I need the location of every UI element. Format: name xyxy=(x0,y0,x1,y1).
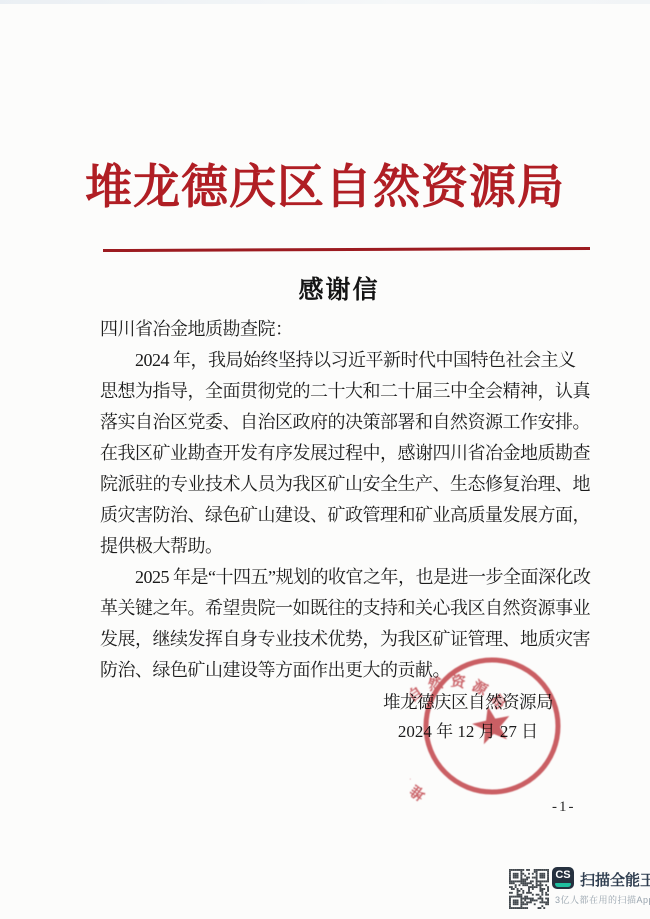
signature-date: 2024 年 12 月 27 日 xyxy=(383,717,553,747)
body-line: 革关键之年。希望贵院一如既往的支持和关心我区自然资源事业 xyxy=(100,593,578,624)
body-line: 2024 年，我局始终坚持以习近平新时代中国特色社会主义 xyxy=(100,345,578,376)
watermark-app-name: 扫描全能王 xyxy=(580,869,650,890)
camscanner-logo-text: CS xyxy=(552,869,574,881)
body-line: 四川省冶金地质勘查院： xyxy=(100,314,578,345)
qr-code-icon xyxy=(509,869,549,909)
body-line: 防治、绿色矿山建设等方面作出更大的贡献。 xyxy=(100,655,578,686)
body-line: 2025 年是“十四五”规划的收官之年，也是进一步全面深化改 xyxy=(100,562,578,593)
scanned-letter-page: 堆龙德庆区自然资源局 感谢信 四川省冶金地质勘查院： 2024 年，我局始终坚持… xyxy=(0,0,650,919)
body-line: 质灾害防治、绿色矿山建设、矿政管理和矿业高质量发展方面， xyxy=(100,500,578,531)
page-number: -1- xyxy=(552,799,576,816)
document-title: 感谢信 xyxy=(0,270,650,306)
letter-body: 四川省冶金地质勘查院： 2024 年，我局始终坚持以习近平新时代中国特色社会主义… xyxy=(100,314,578,686)
camscanner-logo-icon: CS xyxy=(552,867,574,889)
body-line: 院派驻的专业技术人员为我区矿山安全生产、生态修复治理、地 xyxy=(100,469,578,500)
letterhead-divider xyxy=(103,247,590,252)
body-line: 思想为指导，全面贯彻党的二十大和二十届三中全会精神，认真 xyxy=(100,376,578,407)
signature-org: 堆龙德庆区自然资源局 xyxy=(383,687,553,717)
body-line: 在我区矿业勘查开发有序发展过程中，感谢四川省冶金地质勘查 xyxy=(100,438,578,469)
scan-edge-tint xyxy=(0,0,650,4)
camscanner-logo-underline xyxy=(555,883,571,887)
signature-block: 堆龙德庆区自然资源局 2024 年 12 月 27 日 xyxy=(383,687,553,747)
body-line: 发展，继续发挥自身专业技术优势，为我区矿证管理、地质灾害 xyxy=(100,624,578,655)
body-line: 落实自治区党委、自治区政府的决策部署和自然资源工作安排。 xyxy=(100,407,578,438)
letterhead-title: 堆龙德庆区自然资源局 xyxy=(0,150,650,217)
watermark-tagline: 3亿人都在用的扫描App xyxy=(555,893,650,906)
body-line: 提供极大帮助。 xyxy=(100,531,578,562)
